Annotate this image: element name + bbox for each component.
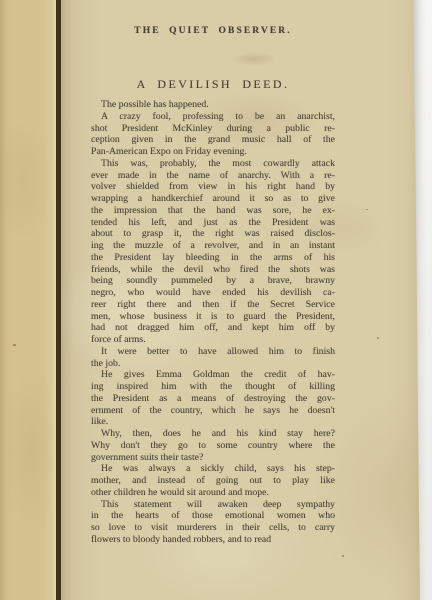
paragraph: He gives Emma Goldman the credit of hav-… — [91, 369, 335, 428]
text-line: ing the muzzle of a revolver, and in an … — [91, 240, 335, 252]
text-line: This was, probably, the most cowardly at… — [91, 158, 335, 170]
text-line: like. — [91, 416, 335, 428]
paragraph: A crazy fool, professing to be an anarch… — [91, 111, 335, 158]
article-text: The possible has happened.A crazy fool, … — [91, 99, 335, 546]
text-line: ernment of the country, which he says he… — [91, 405, 335, 417]
paper-speck — [342, 555, 344, 557]
text-line: Pan-American Expo on Friday evening. — [91, 146, 335, 158]
text-line: wrapping a handkerchief around it so as … — [91, 193, 335, 205]
text-line: in the hearts of those emotional women w… — [91, 510, 335, 522]
running-header: THE QUIET OBSERVER. — [91, 26, 335, 36]
paragraph: This was, probably, the most cowardly at… — [91, 158, 335, 346]
paper-speck — [377, 337, 379, 339]
text-line: A crazy fool, professing to be an anarch… — [91, 111, 335, 123]
book-page: THE QUIET OBSERVER. A DEVILISH DEED. The… — [61, 0, 421, 600]
paragraph: It were better to have allowed him to fi… — [91, 346, 335, 370]
text-line: shot President McKinley during a public … — [91, 123, 335, 135]
text-line: Why don't they go to some country where … — [91, 440, 335, 452]
article-title: A DEVILISH DEED. — [91, 77, 335, 92]
text-line: reer right there and then if the Secret … — [91, 299, 335, 311]
text-line: negro, who would have ended his devilish… — [91, 287, 335, 299]
text-line: government suits their taste? — [91, 452, 335, 464]
book-scan: THE QUIET OBSERVER. A DEVILISH DEED. The… — [0, 0, 432, 600]
text-line: He was always a sickly child, says his s… — [91, 463, 335, 475]
text-line: volver shielded from view in his right h… — [91, 181, 335, 193]
text-line: being soundly pummeled by a brave, brawn… — [91, 275, 335, 287]
text-line: force of arms. — [91, 334, 335, 346]
facing-page-edge — [0, 0, 57, 600]
text-line: had not dragged him off, and kept him of… — [91, 322, 335, 334]
text-line: ception given in the grand music hall of… — [91, 134, 335, 146]
text-line: It were better to have allowed him to fi… — [91, 346, 335, 358]
text-line: flowers to bloody handed robbers, and to… — [91, 534, 335, 546]
paper-speck — [13, 344, 16, 346]
text-line: friends, while the devil who fired the s… — [91, 264, 335, 276]
paragraph: The possible has happened. — [91, 99, 335, 111]
text-line: the job. — [91, 358, 335, 370]
text-line: so love to visit murderers in their cell… — [91, 522, 335, 534]
text-line: mother, and instead of going out to play… — [91, 475, 335, 487]
book-gutter — [56, 0, 61, 600]
paragraph: He was always a sickly child, says his s… — [91, 463, 335, 498]
paper-speck — [366, 209, 368, 210]
paragraph: Why, then, does he and his kind stay her… — [91, 428, 335, 463]
text-line: ever made in the name of anarchy. With a… — [91, 170, 335, 182]
paper-smudge — [231, 52, 277, 66]
text-line: This statement will awaken deep sympathy — [91, 499, 335, 511]
text-line: the President as a means of destroying t… — [91, 393, 335, 405]
text-line: men, whose business it is to guard the P… — [91, 311, 335, 323]
text-line: tended his left, and just as the Preside… — [91, 217, 335, 229]
paragraph: This statement will awaken deep sympathy… — [91, 499, 335, 546]
text-line: the President lay bleeding in the arms o… — [91, 252, 335, 264]
text-line: He gives Emma Goldman the credit of hav- — [91, 369, 335, 381]
text-line: ing inspired him with the thought of kil… — [91, 381, 335, 393]
text-line: Why, then, does he and his kind stay her… — [91, 428, 335, 440]
text-line: about to grasp it, the right was raised … — [91, 228, 335, 240]
text-line: other children he would sit around and m… — [91, 487, 335, 499]
text-line: The possible has happened. — [91, 99, 335, 111]
text-line: the impression that the hand was sore, h… — [91, 205, 335, 217]
